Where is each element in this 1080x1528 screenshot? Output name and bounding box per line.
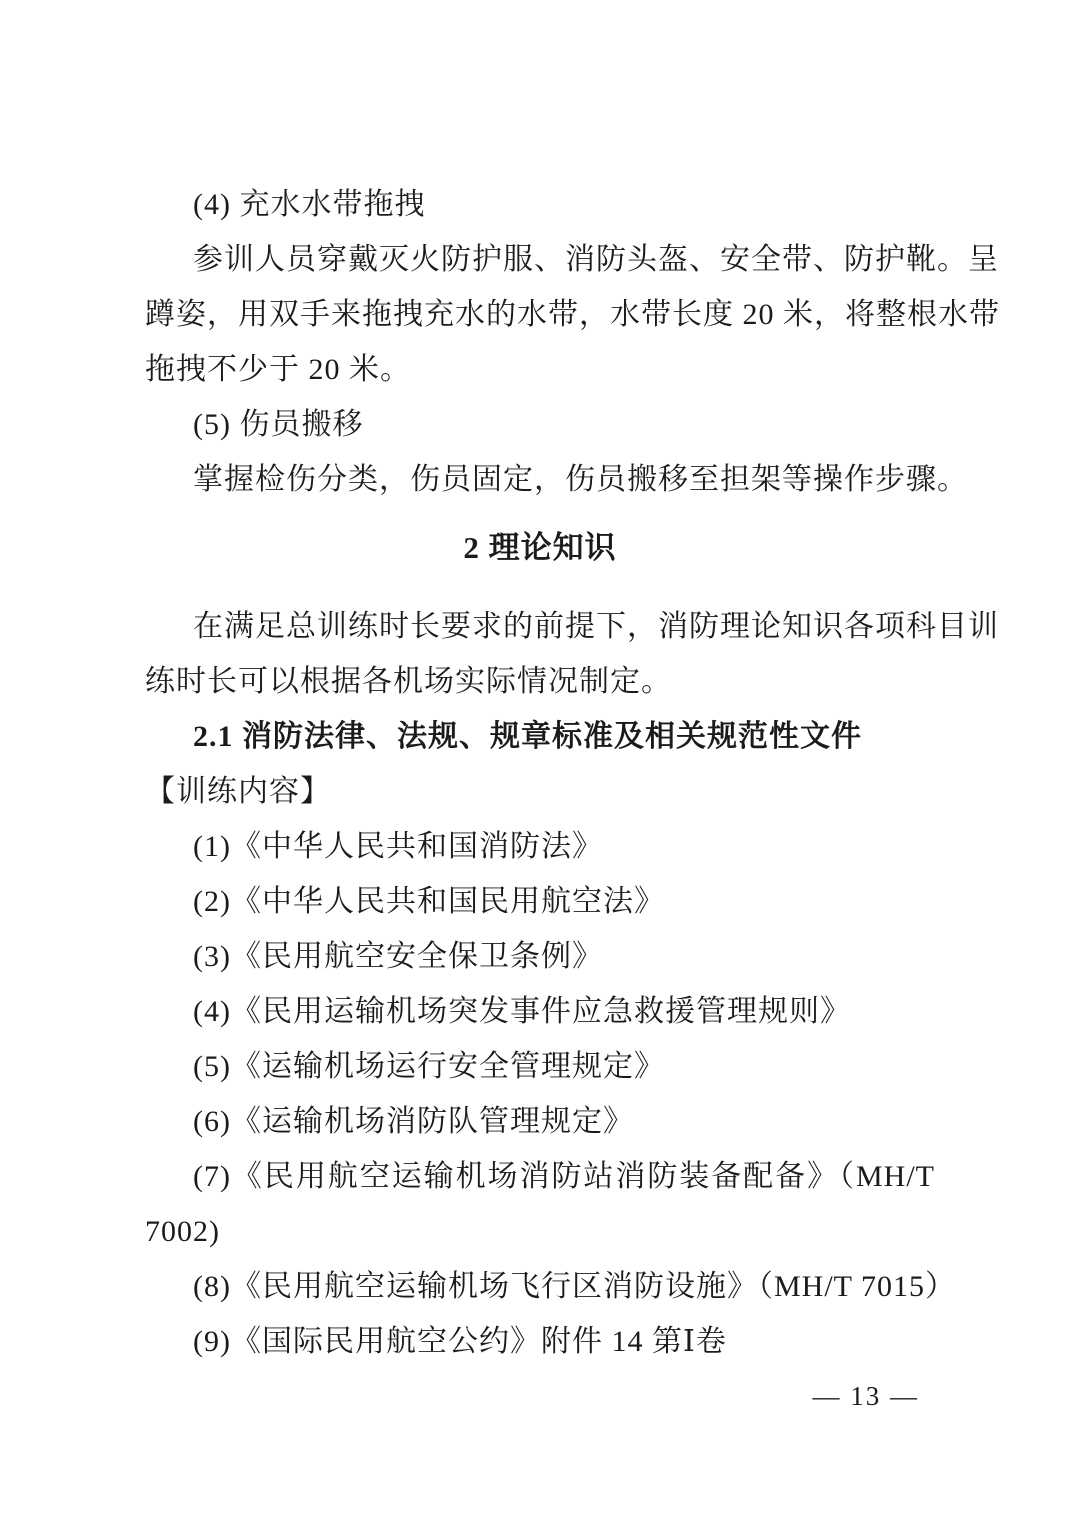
theory-intro-line-1: 在满足总训练时长要求的前提下，消防理论知识各项科目训 <box>145 599 935 654</box>
page-number: — 13 — <box>145 1369 935 1424</box>
practical-item4-title: (4) 充水水带拖拽 <box>145 177 935 232</box>
theory-sub-heading: 2.1 消防法律、法规、规章标准及相关规范性文件 <box>145 709 935 764</box>
practical-item4-body-line-3: 拖拽不少于 20 米。 <box>145 342 935 397</box>
reference-list-item-8: (8)《民用航空运输机场飞行区消防设施》（MH/T 7015） <box>145 1259 935 1314</box>
practical-item4-body-line-1: 参训人员穿戴灭火防护服、消防头盔、安全带、防护靴。呈 <box>145 232 935 287</box>
practical-item4-body-line-2: 蹲姿，用双手来拖拽充水的水带，水带长度 20 米，将整根水带 <box>145 287 935 342</box>
reference-list-item-1: (1)《中华人民共和国消防法》 <box>145 819 935 874</box>
practical-item5-title: (5) 伤员搬移 <box>145 397 935 452</box>
practical-item5-body-line-1: 掌握检伤分类，伤员固定，伤员搬移至担架等操作步骤。 <box>145 452 935 507</box>
theory-section-heading: 2 理论知识 <box>145 520 935 575</box>
training-content-label: 【训练内容】 <box>145 764 935 819</box>
reference-list-item-3: (3)《民用航空安全保卫条例》 <box>145 929 935 984</box>
reference-list-item-9: (9)《国际民用航空公约》附件 14 第Ⅰ卷 <box>145 1314 935 1369</box>
reference-list-item-6: (6)《运输机场消防队管理规定》 <box>145 1094 935 1149</box>
reference-list-item-2: (2)《中华人民共和国民用航空法》 <box>145 874 935 929</box>
reference-list-item-5: (5)《运输机场运行安全管理规定》 <box>145 1039 935 1094</box>
reference-list-item-7: (7)《民用航空运输机场消防站消防装备配备》（MH/T <box>145 1149 935 1204</box>
theory-intro-line-2: 练时长可以根据各机场实际情况制定。 <box>145 654 935 709</box>
reference-list-item-7-continuation: 7002) <box>145 1204 935 1259</box>
document-page: (4) 充水水带拖拽 参训人员穿戴灭火防护服、消防头盔、安全带、防护靴。呈 蹲姿… <box>0 0 1080 1528</box>
reference-list-item-4: (4)《民用运输机场突发事件应急救援管理规则》 <box>145 984 935 1039</box>
